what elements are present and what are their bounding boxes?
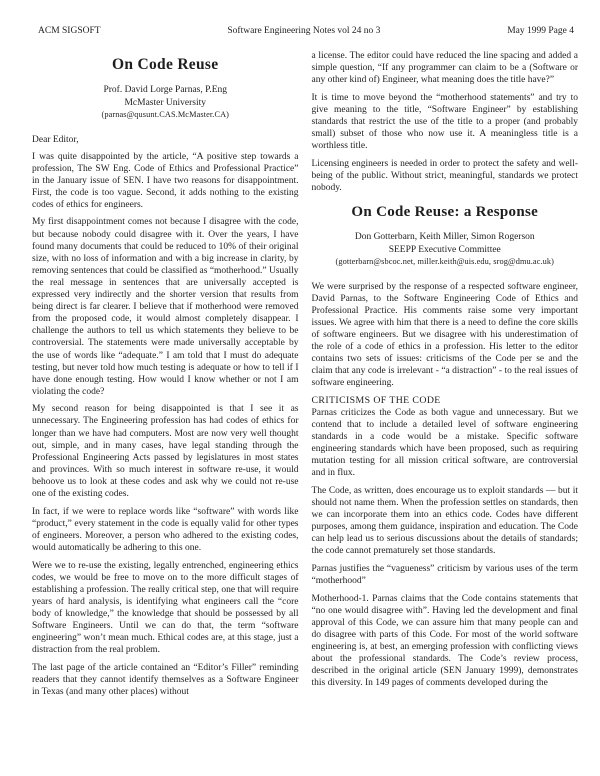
paragraph: Motherhood-1. Parnas claims that the Cod… bbox=[312, 593, 579, 690]
author-block: Prof. David Lorge Parnas, P.Eng McMaster… bbox=[32, 84, 299, 122]
paragraph: a license. The editor could have reduced… bbox=[312, 50, 579, 86]
response-author-block: Don Gotterbarn, Keith Miller, Simon Roge… bbox=[312, 231, 579, 269]
running-header: ACM SIGSOFT Software Engineering Notes v… bbox=[32, 26, 578, 36]
page-number: May 1999 Page 4 bbox=[507, 26, 574, 36]
right-column: a license. The editor could have reduced… bbox=[312, 50, 579, 704]
paragraph: My first disappointment comes not becaus… bbox=[32, 216, 299, 397]
paragraph: My second reason for being disappointed … bbox=[32, 403, 299, 500]
document-page: ACM SIGSOFT Software Engineering Notes v… bbox=[0, 0, 600, 776]
paragraph: I was quite disappointed by the article,… bbox=[32, 151, 299, 211]
author-email: (parnas@qusunt.CAS.McMaster.CA) bbox=[32, 109, 299, 122]
paragraph: In fact, if we were to replace words lik… bbox=[32, 506, 299, 554]
left-column: On Code Reuse Prof. David Lorge Parnas, … bbox=[32, 50, 299, 704]
issue-title: Software Engineering Notes vol 24 no 3 bbox=[101, 26, 508, 36]
author-affiliation: McMaster University bbox=[32, 97, 299, 110]
paragraph: Licensing engineers is needed in order t… bbox=[312, 158, 579, 194]
response-emails: (gotterbarn@sbcoc.net, miller.keith@uis.… bbox=[312, 256, 579, 269]
paragraph: The Code, as written, does encourage us … bbox=[312, 485, 579, 558]
paragraph: Parnas justifies the “vagueness” critici… bbox=[312, 563, 579, 587]
paragraph: We were surprised by the response of a r… bbox=[312, 281, 579, 390]
salutation: Dear Editor, bbox=[32, 134, 299, 146]
paragraph: Parnas criticizes the Code as both vague… bbox=[312, 407, 579, 480]
response-title: On Code Reuse: a Response bbox=[312, 204, 579, 221]
paragraph: The last page of the article contained a… bbox=[32, 662, 299, 698]
two-column-layout: On Code Reuse Prof. David Lorge Parnas, … bbox=[32, 50, 578, 704]
paragraph: It is time to move beyond the “motherhoo… bbox=[312, 92, 579, 152]
author-name: Prof. David Lorge Parnas, P.Eng bbox=[32, 84, 299, 97]
paragraph: Were we to re-use the existing, legally … bbox=[32, 560, 299, 657]
article-title: On Code Reuse bbox=[32, 56, 299, 74]
section-heading: CRITICISMS OF THE CODE bbox=[312, 395, 579, 406]
response-affiliation: SEEPP Executive Committee bbox=[312, 244, 579, 257]
journal-name: ACM SIGSOFT bbox=[38, 26, 101, 36]
response-authors: Don Gotterbarn, Keith Miller, Simon Roge… bbox=[312, 231, 579, 244]
